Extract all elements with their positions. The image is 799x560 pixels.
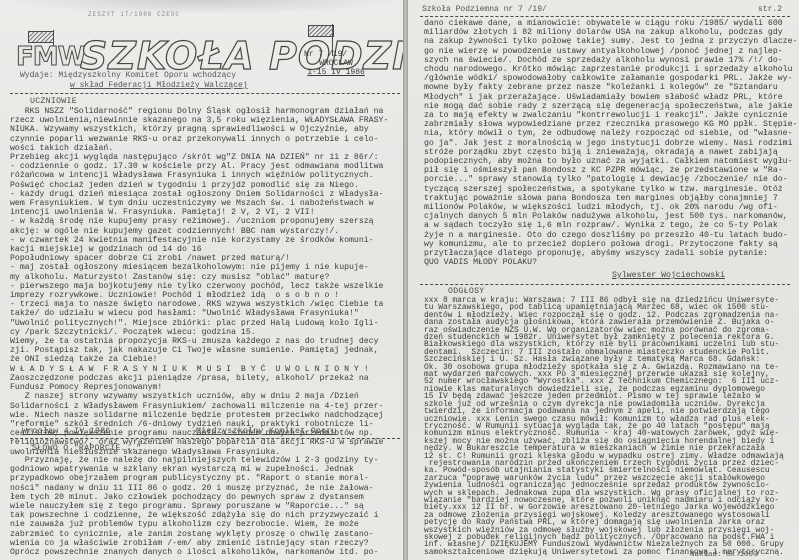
- text-line: wości takich działań.: [10, 144, 400, 153]
- text-line: traktując poważnie słowa pana Bondosza t…: [424, 194, 796, 203]
- text-line: go ja". Jak jest z moralnością w jego in…: [424, 139, 796, 148]
- text-line: - w każdą środę nie kupujemy prasy reżim…: [10, 217, 400, 226]
- text-line: wy komunizmu, ale to przecież dopiero po…: [424, 240, 796, 249]
- text-line: tyczącą szerszej społeczeństwa, a spotyk…: [424, 185, 796, 194]
- text-line: że ONI siedzą także za Ciebie!: [10, 355, 400, 364]
- text-line: stróże porządku zbyt często biją i zniew…: [424, 148, 796, 157]
- text-line: Oprócz powszechnie znanych danych o iloś…: [10, 548, 400, 557]
- divider: [420, 16, 790, 17]
- print-run: Nakład: ok 1000: [690, 551, 758, 559]
- issue-date: 1-15 IV 1986: [298, 68, 374, 77]
- text-line: porcie..." sprawy stanowią tylko "patolo…: [424, 175, 796, 184]
- section-heading-odglosy: ODGŁOSY: [448, 287, 485, 296]
- text-line: za to mają efekty w zwalczaniu "kontrrew…: [424, 111, 796, 120]
- text-line: - maj został ogłoszony miesiącem bezalko…: [10, 263, 400, 272]
- text-line: zabrzmieć to cynicznie, ale zanim zostan…: [10, 530, 400, 539]
- text-line: QUO VADIS MŁODY POLAKU?: [424, 258, 796, 267]
- text-line: wie. Niech nasze solidarne milczenie będ…: [10, 411, 400, 420]
- text-line: RKS NSZZ "Solidarność" regionu Dolny Ślą…: [10, 107, 400, 116]
- text-line: czynnie poparli wezwanie RKS-u oraz prze…: [10, 135, 400, 144]
- text-line: różańcowa w intencji Władysława Frasyniu…: [10, 171, 400, 180]
- text-line: go nie wierzę w powodzenie ustawy antyal…: [424, 47, 796, 56]
- running-header: Szkoła Podziemna nr 7 /19/ str.2: [422, 5, 782, 14]
- text-line: dano ciekawe dane, a mianowicie: obywate…: [424, 19, 796, 28]
- flag-icon: [308, 25, 334, 37]
- text-line: nie mogą dać sobie rady z szerzącą się d…: [424, 102, 796, 111]
- text-line: ności" nadany w dniu 11 III 86 o godz. 2…: [10, 484, 400, 493]
- paper-fold-shadow: [0, 0, 404, 14]
- text-line: Przyznaję, że nie należę do najpilniejsz…: [10, 456, 400, 465]
- text-line: Fundusz Pomocy Represjonowanym!: [10, 383, 400, 392]
- text-line: mowne były fakty zebrane przez nasze "ko…: [424, 83, 796, 92]
- text-line: podopiecznych, aby można to było uznać z…: [424, 157, 796, 166]
- text-line: Zaoszczędzone podczas akcji pieniądze /p…: [10, 374, 400, 383]
- publisher-line: Wydaje: Międzyszkolny Komitet Oporu wcho…: [20, 71, 248, 91]
- running-header-title: Szkoła Podziemna nr 7 /19/: [422, 5, 547, 14]
- text-line: milionów Polaków, w większości ludzi mło…: [424, 203, 796, 212]
- issue-info: Nr 7 /19/ WROCŁAW 1-15 IV 1986: [298, 50, 374, 77]
- text-line: Z naszej strony wzywamy wszystkich uczni…: [10, 392, 400, 401]
- text-line: - każdy drugi dzień miesiąca został ogło…: [10, 190, 400, 199]
- text-line: "Uwolnić politycznych!". Miejsce zbiórki…: [10, 319, 400, 328]
- text-line: nia, który mówił o tym, że odbudowę nale…: [424, 129, 796, 138]
- text-line: na zakup żywności tylko połowę takiej su…: [424, 37, 796, 46]
- fmw-logo: FMW: [16, 42, 85, 72]
- divider: [10, 438, 400, 439]
- text-line: imprezy rozrywkowe. Uczniowie! Pochód i …: [10, 291, 400, 300]
- text-line: - pierwszego maja bojkotujemy nie tylko …: [10, 282, 400, 291]
- section-heading-uczniowie: UCZNIOWIE: [30, 97, 77, 106]
- article-uczniowie: RKS NSZZ "Solidarność" regionu Dolny Ślą…: [10, 107, 400, 457]
- text-line: nie zauważa już problemów typu alkoholiz…: [10, 520, 400, 529]
- text-line: Solidarności z Władysławem Frasyniukiem/…: [10, 402, 400, 411]
- article-odglosy: xxx 8 marca w kraju: Warszawa: 7 III 86 …: [424, 297, 796, 556]
- text-line: Młodych" i jak przerażające. Uświadamiał…: [424, 93, 796, 102]
- text-line: przypadkowo obejrzałem program publicyst…: [10, 474, 400, 483]
- text-line: żyje n a marginesie. Oto do czego doszli…: [424, 231, 796, 240]
- signature-place-date: Wrocław 4 IV 1986: [22, 427, 111, 436]
- issue-city: WROCŁAW: [298, 59, 374, 68]
- text-line: Wiemy, że ta ostatnia propozycja RKS-u z…: [10, 337, 400, 346]
- divider: [10, 93, 400, 94]
- section-heading-raport: SŁOWO O "RAPORCIE...": [32, 444, 141, 453]
- text-line: kacji miejskiej w godzinach od 14 do 16: [10, 245, 400, 254]
- author-signature: Sylwester Wojciechowski: [612, 271, 725, 280]
- text-line: my alkoholu. Maturzysto! Zastanów się: c…: [10, 273, 400, 282]
- text-line: NIUKA. Wzywamy wszystkich, którzy pragną…: [10, 125, 400, 134]
- issue-number: Nr 7 /19/: [298, 50, 374, 59]
- text-line: Przebieg akcji wygląda następująco /skró…: [10, 153, 400, 162]
- text-line: przytłaczające dlatego proponuję, abyśmy…: [424, 249, 796, 258]
- text-line: szych na świecie/. Dochód ze sprzedaży a…: [424, 56, 796, 65]
- text-line: wem Frasyniukiem. W tym dniu uczestniczy…: [10, 199, 400, 208]
- text-line: Poświęć chociaż jeden dzień w tygodniu i…: [10, 181, 400, 190]
- text-line: cy /park Szczytnicki/. Początek wiecu: g…: [10, 328, 400, 337]
- text-line: akcję: w ogóle nie kupujemy gazet codzie…: [10, 227, 400, 236]
- publisher-line-1: Wydaje: Międzyszkolny Komitet Oporu wcho…: [20, 71, 248, 81]
- text-line: wiele nauczyłem się z tego programu. Spr…: [10, 502, 400, 511]
- text-line: także/ do udziału w wiecu pod hasłami: "…: [10, 309, 400, 318]
- archive-stamp: ZESZYT 17/1986 CZESC: [88, 11, 180, 18]
- article-raport-continued: dano ciekawe dane, a mianowicie: obywate…: [424, 19, 796, 267]
- divider: [420, 284, 790, 285]
- article-raport: Przyznaję, że nie należę do najpilniejsz…: [10, 456, 400, 557]
- text-line: chodu narodowego. Krótko mówiąc zaprzest…: [424, 65, 796, 74]
- text-line: wienia co ja właściwie zrobiłam /-em/ ab…: [10, 539, 400, 548]
- text-line: a w sądach toczyło się 1,6 mln rozpraw/.…: [424, 221, 796, 230]
- text-line: łem tych 20 minut. Jako człowiek pochodz…: [10, 493, 400, 502]
- left-page: ZESZYT 17/1986 CZESC FMW SZKOŁA PODZIEMN…: [0, 0, 404, 560]
- signature-organization: Międzyszkolny Komitet Oporu: [196, 427, 337, 436]
- text-line: - w czwartek 24 kwietnia manifestacyjnie…: [10, 236, 400, 245]
- text-line: W Ł A D Y S Ł A W F R A S Y N I U K M U …: [10, 365, 400, 374]
- publisher-line-2: w skład Federacji Młodzieży Walczącej: [20, 81, 248, 91]
- newspaper-spread: ZESZYT 17/1986 CZESC FMW SZKOŁA PODZIEMN…: [0, 0, 799, 560]
- page-number: str.2: [758, 5, 782, 14]
